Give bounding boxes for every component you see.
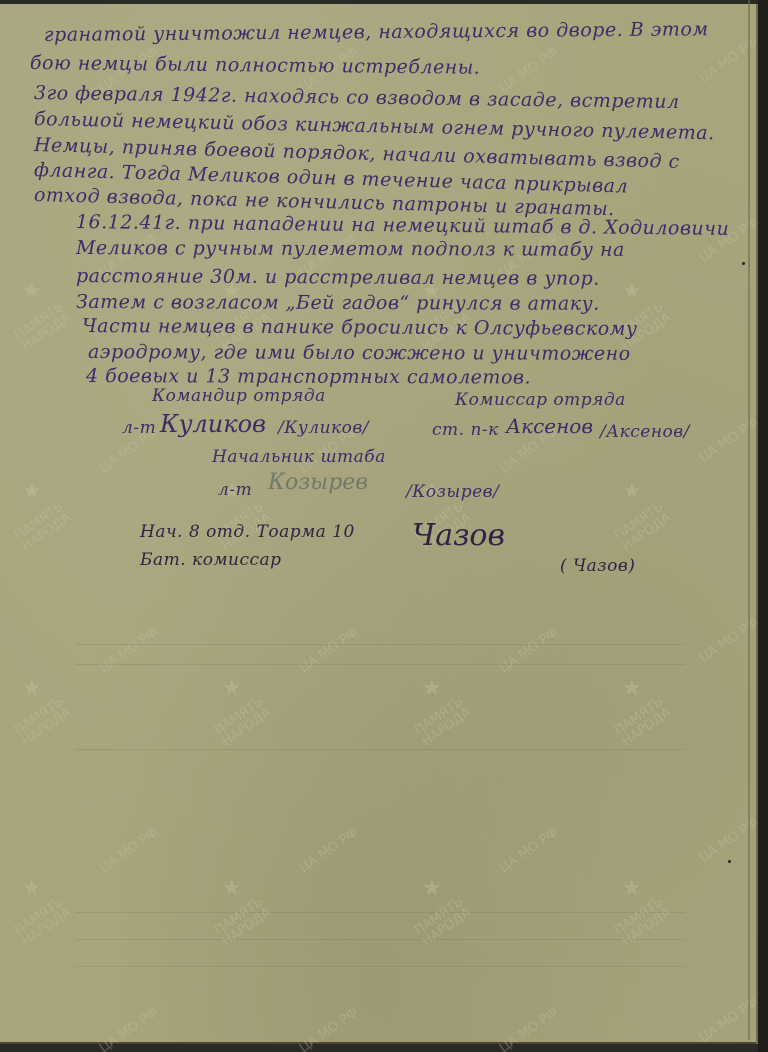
watermark-camo: ЦА МО РФ [697, 416, 760, 465]
chief-of-staff-rank: л-т [218, 480, 252, 500]
body-line: Части немцев в панике бросились к Олсуфь… [82, 315, 638, 340]
watermark-star-icon: ★ [622, 279, 642, 304]
watermark-line: НАРОДА [19, 905, 73, 949]
body-line: аэродрому, где ими было сожжено и уничто… [88, 341, 631, 365]
chief-of-staff-name: /Козырев/ [406, 482, 499, 502]
watermark-line: НАРОДА [19, 310, 73, 354]
watermark-line: НАРОДА [619, 705, 673, 749]
page-edge-line [748, 0, 750, 1040]
ruled-line [75, 966, 685, 967]
watermark-star-icon: ★ [422, 876, 442, 901]
watermark-star-icon: ★ [422, 676, 442, 701]
body-line: 16.12.41г. при нападении на немецкий шта… [76, 211, 729, 240]
body-line: Меликов с ручным пулеметом подполз к шта… [76, 237, 625, 261]
document-page: ЦА МО РФ ЦА МО РФ ЦА МО РФ ЦА МО РФ ЦА М… [0, 4, 758, 1044]
commander-name: /Куликов/ [278, 418, 369, 438]
commander-signature: Куликов [160, 410, 266, 438]
watermark-line: ПАМЯТЬ [12, 300, 66, 344]
head-name: ( Чазов) [560, 556, 635, 576]
watermark-pamyat: ПАМЯТЬНАРОДА [613, 500, 674, 553]
watermark-camo: ЦА МО РФ [297, 626, 360, 675]
watermark-pamyat: ПАМЯТЬНАРОДА [13, 695, 74, 748]
chief-of-staff-title: Начальник штаба [212, 447, 386, 467]
body-line: 3го февраля 1942г. находясь со взводом в… [34, 82, 680, 113]
watermark-pamyat: ПАМЯТЬНАРОДА [413, 695, 474, 748]
commander-title: Командир отряда [152, 386, 326, 406]
watermark-camo: ЦА МО РФ [497, 1006, 560, 1052]
watermark-camo: ЦА МО РФ [97, 1006, 160, 1052]
watermark-line: ПАМЯТЬ [612, 895, 666, 939]
watermark-star-icon: ★ [222, 676, 242, 701]
watermark-star-icon: ★ [22, 479, 42, 504]
watermark-star-icon: ★ [222, 876, 242, 901]
scan-border [758, 0, 768, 1052]
head-title-line2: Бат. комиссар [140, 550, 282, 570]
ruled-line [75, 644, 685, 645]
commissar-signature: Аксенов [506, 414, 593, 438]
body-line: Затем с возгласом „Бей гадов“ ринулся в … [76, 291, 600, 315]
watermark-line: ПАМЯТЬ [212, 895, 266, 939]
watermark-camo: ЦА МО РФ [697, 36, 760, 85]
chief-of-staff-signature: Козырев [268, 470, 368, 495]
head-title-line1: Нач. 8 отд. Тоарма 10 [140, 522, 355, 542]
watermark-pamyat: ПАМЯТЬНАРОДА [413, 895, 474, 948]
watermark-pamyat: ПАМЯТЬНАРОДА [613, 695, 674, 748]
watermark-camo: ЦА МО РФ [97, 626, 160, 675]
watermark-star-icon: ★ [22, 676, 42, 701]
body-line: бою немцы были полностью истреблены. [30, 52, 481, 79]
watermark-star-icon: ★ [622, 479, 642, 504]
watermark-line: ПАМЯТЬ [12, 895, 66, 939]
ruled-line [75, 749, 685, 750]
watermark-line: ПАМЯТЬ [612, 695, 666, 739]
watermark-line: НАРОДА [19, 705, 73, 749]
watermark-pamyat: ПАМЯТЬНАРОДА [13, 895, 74, 948]
body-line: расстояние 30м. и расстреливал немцев в … [76, 265, 600, 290]
watermark-line: НАРОДА [219, 705, 273, 749]
watermark-line: ПАМЯТЬ [12, 695, 66, 739]
paper-speck [742, 262, 745, 265]
watermark-star-icon: ★ [622, 876, 642, 901]
watermark-camo: ЦА МО РФ [297, 1006, 360, 1052]
watermark-camo: ЦА МО РФ [497, 626, 560, 675]
ruled-line [75, 912, 685, 913]
watermark-line: ПАМЯТЬ [412, 695, 466, 739]
watermark-camo: ЦА МО РФ [297, 826, 360, 875]
watermark-star-icon: ★ [622, 676, 642, 701]
watermark-pamyat: ПАМЯТЬНАРОДА [613, 895, 674, 948]
head-signature: Чазов [412, 518, 505, 553]
watermark-line: ПАМЯТЬ [12, 500, 66, 544]
watermark-camo: ЦА МО РФ [697, 616, 760, 665]
body-line: гранатой уничтожил немцев, находящихся в… [44, 18, 709, 46]
watermark-line: ПАМЯТЬ [412, 895, 466, 939]
commissar-title: Комиссар отряда [455, 390, 626, 410]
watermark-star-icon: ★ [22, 279, 42, 304]
watermark-camo: ЦА МО РФ [97, 826, 160, 875]
watermark-line: НАРОДА [619, 510, 673, 554]
watermark-line: ПАМЯТЬ [212, 695, 266, 739]
ruled-line [75, 939, 685, 940]
commissar-rank: ст. п-к [432, 420, 499, 440]
watermark-pamyat: ПАМЯТЬНАРОДА [13, 500, 74, 553]
watermark-pamyat: ПАМЯТЬНАРОДА [213, 695, 274, 748]
watermark-line: НАРОДА [419, 705, 473, 749]
watermark-camo: ЦА МО РФ [497, 826, 560, 875]
watermark-camo: ЦА МО РФ [697, 816, 760, 865]
watermark-camo: ЦА МО РФ [697, 996, 760, 1045]
watermark-pamyat: ПАМЯТЬНАРОДА [13, 300, 74, 353]
paper-speck [728, 860, 731, 863]
watermark-pamyat: ПАМЯТЬНАРОДА [213, 895, 274, 948]
commander-rank: л-т [122, 418, 156, 438]
watermark-star-icon: ★ [22, 876, 42, 901]
ruled-line [75, 664, 685, 665]
watermark-line: НАРОДА [19, 510, 73, 554]
commissar-name: /Аксенов/ [600, 422, 690, 442]
watermark-line: ПАМЯТЬ [612, 500, 666, 544]
